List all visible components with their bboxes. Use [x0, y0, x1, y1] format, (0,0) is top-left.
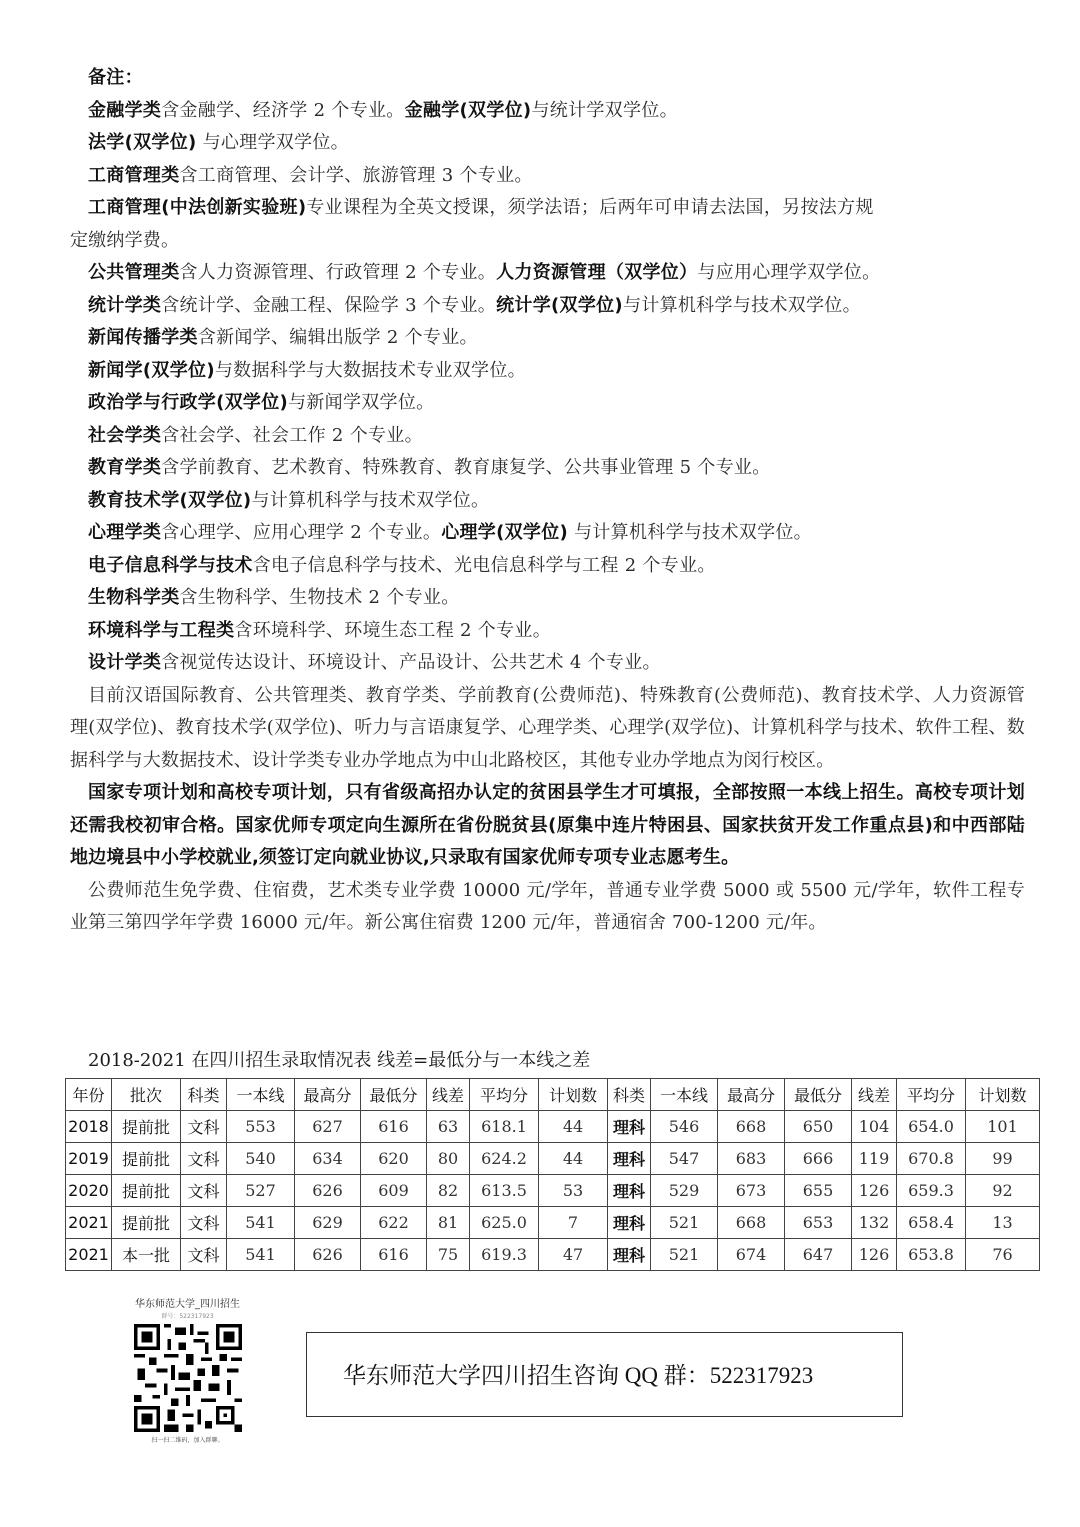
column-header: 科类	[608, 1079, 651, 1111]
column-header: 科类	[181, 1079, 227, 1111]
table-cell: 126	[852, 1175, 897, 1207]
table-cell: 674	[718, 1239, 785, 1271]
note-text: 含学前教育、艺术教育、特殊教育、教育康复学、公共事业管理 5 个专业。	[161, 457, 770, 478]
table-cell: 92	[966, 1175, 1040, 1207]
note-text: 与应用心理学双学位。	[697, 262, 880, 283]
table-cell: 2021	[66, 1239, 112, 1271]
note-text: 与新闻学双学位。	[288, 392, 434, 413]
note-text: 与心理学双学位。	[197, 132, 349, 153]
column-header: 计划数	[966, 1079, 1040, 1111]
campus-paragraph: 目前汉语国际教育、公共管理类、教育学类、学前教育(公费师范)、特殊教育(公费师范…	[70, 680, 1025, 778]
note-text: 含生物科学、生物技术 2 个专业。	[180, 587, 460, 608]
note-line: 金融学类含金融学、经济学 2 个专业。金融学(双学位)与统计学双学位。	[70, 95, 1025, 128]
note-bold-term: 社会学类	[88, 425, 161, 446]
column-header: 计划数	[539, 1079, 608, 1111]
table-cell: 76	[966, 1239, 1040, 1271]
table-cell: 625.0	[470, 1207, 539, 1239]
table-cell: 53	[539, 1175, 608, 1207]
table-cell: 2019	[66, 1143, 112, 1175]
qr-group-id: 群号：522317923	[110, 1311, 265, 1320]
table-cell: 616	[361, 1239, 427, 1271]
table-cell: 653.8	[897, 1239, 966, 1271]
table-cell: 618.1	[470, 1111, 539, 1143]
table-cell: 527	[227, 1175, 295, 1207]
qq-group-text: 华东师范大学四川招生咨询 QQ 群：522317923	[343, 1357, 813, 1390]
note-line: 环境科学与工程类含环境科学、环境生态工程 2 个专业。	[70, 615, 1025, 648]
table-cell: 2020	[66, 1175, 112, 1207]
column-header: 年份	[66, 1079, 112, 1111]
qr-code-icon[interactable]	[134, 1324, 242, 1432]
table-cell: 132	[852, 1207, 897, 1239]
note-bold-term: 新闻学(双学位)	[88, 360, 215, 381]
note-text: 与数据科学与大数据技术专业双学位。	[215, 360, 526, 381]
table-cell: 2018	[66, 1111, 112, 1143]
note-text: 含工商管理、会计学、旅游管理 3 个专业。	[180, 165, 533, 186]
special-plan-paragraph: 国家专项计划和高校专项计划，只有省级高招办认定的贫困县学生才可填报，全部按照一本…	[70, 777, 1025, 875]
table-cell: 620	[361, 1143, 427, 1175]
table-row: 2019提前批文科54063462080624.244理科54768366611…	[66, 1143, 1040, 1175]
note-line: 教育学类含学前教育、艺术教育、特殊教育、教育康复学、公共事业管理 5 个专业。	[70, 452, 1025, 485]
note-text: 含人力资源管理、行政管理 2 个专业。	[180, 262, 497, 283]
notes-heading: 备注：	[70, 62, 1025, 95]
note-line: 工商管理(中法创新实验班)专业课程为全英文授课，须学法语；后两年可申请去法国，另…	[70, 192, 1025, 225]
table-cell: 547	[651, 1143, 718, 1175]
note-line: 统计学类含统计学、金融工程、保险学 3 个专业。统计学(双学位)与计算机科学与技…	[70, 290, 1025, 323]
note-bold-term: 电子信息科学与技术	[88, 555, 253, 576]
note-line: 公共管理类含人力资源管理、行政管理 2 个专业。人力资源管理（双学位）与应用心理…	[70, 257, 1025, 290]
table-row: 2020提前批文科52762660982613.553理科52967365512…	[66, 1175, 1040, 1207]
table-cell: 文科	[181, 1207, 227, 1239]
table-cell: 654.0	[897, 1111, 966, 1143]
table-cell: 119	[852, 1143, 897, 1175]
table-cell: 82	[427, 1175, 470, 1207]
note-line: 电子信息科学与技术含电子信息科学与技术、光电信息科学与工程 2 个专业。	[70, 550, 1025, 583]
table-cell: 626	[295, 1239, 361, 1271]
table-cell: 13	[966, 1207, 1040, 1239]
note-text: 与计算机科学与技术双学位。	[568, 522, 812, 543]
table-cell: 理科	[608, 1143, 651, 1175]
note-bold-term: 法学(双学位)	[88, 132, 197, 153]
table-cell: 理科	[608, 1175, 651, 1207]
column-header: 一本线	[651, 1079, 718, 1111]
fee-paragraph: 公费师范生免学费、住宿费，艺术类专业学费 10000 元/学年，普通专业学费 5…	[70, 875, 1025, 940]
table-cell: 529	[651, 1175, 718, 1207]
qq-group-box: 华东师范大学四川招生咨询 QQ 群：522317923	[306, 1332, 903, 1417]
table-cell: 541	[227, 1239, 295, 1271]
note-text: 专业课程为全英文授课，须学法语；后两年可申请去法国，另按法方规	[306, 197, 873, 218]
note-line: 生物科学类含生物科学、生物技术 2 个专业。	[70, 582, 1025, 615]
column-header: 批次	[112, 1079, 181, 1111]
column-header: 最低分	[785, 1079, 852, 1111]
table-cell: 668	[718, 1207, 785, 1239]
table-cell: 提前批	[112, 1175, 181, 1207]
table-cell: 文科	[181, 1239, 227, 1271]
note-line: 设计学类含视觉传达设计、环境设计、产品设计、公共艺术 4 个专业。	[70, 647, 1025, 680]
table-cell: 75	[427, 1239, 470, 1271]
note-bold-term: 环境科学与工程类	[88, 620, 234, 641]
table-cell: 624.2	[470, 1143, 539, 1175]
table-title: 2018-2021 在四川招生录取情况表 线差=最低分与一本线之差	[88, 1046, 590, 1072]
table-cell: 47	[539, 1239, 608, 1271]
table-cell: 本一批	[112, 1239, 181, 1271]
table-cell: 613.5	[470, 1175, 539, 1207]
table-cell: 619.3	[470, 1239, 539, 1271]
note-text: 含金融学、经济学 2 个专业。	[161, 100, 404, 121]
table-cell: 104	[852, 1111, 897, 1143]
column-header: 最高分	[718, 1079, 785, 1111]
table-cell: 655	[785, 1175, 852, 1207]
note-bold-term: 教育技术学(双学位)	[88, 490, 251, 511]
table-cell: 提前批	[112, 1143, 181, 1175]
note-bold-term: 公共管理类	[88, 262, 180, 283]
table-cell: 668	[718, 1111, 785, 1143]
table-row: 2018提前批文科55362761663618.144理科54666865010…	[66, 1111, 1040, 1143]
note-bold-term: 工商管理类	[88, 165, 180, 186]
table-cell: 673	[718, 1175, 785, 1207]
note-bold-term: 心理学(双学位)	[441, 522, 568, 543]
table-cell: 提前批	[112, 1207, 181, 1239]
table-cell: 553	[227, 1111, 295, 1143]
note-text: 含社会学、社会工作 2 个专业。	[161, 425, 423, 446]
table-cell: 99	[966, 1143, 1040, 1175]
table-cell: 理科	[608, 1111, 651, 1143]
note-bold-term: 金融学(双学位)	[405, 100, 532, 121]
table-cell: 7	[539, 1207, 608, 1239]
note-text: 含环境科学、环境生态工程 2 个专业。	[234, 620, 551, 641]
table-cell: 683	[718, 1143, 785, 1175]
column-header: 最低分	[361, 1079, 427, 1111]
note-bold-term: 教育学类	[88, 457, 161, 478]
note-line: 新闻传播学类含新闻学、编辑出版学 2 个专业。	[70, 322, 1025, 355]
table-cell: 670.8	[897, 1143, 966, 1175]
table-cell: 文科	[181, 1143, 227, 1175]
note-text: 含新闻学、编辑出版学 2 个专业。	[198, 327, 478, 348]
note-bold-term: 新闻传播学类	[88, 327, 198, 348]
qr-block: 华东师范大学_四川招生 群号：522317923 扫一扫二维码，加入群聊。	[110, 1295, 265, 1444]
note-bold-term: 统计学类	[88, 295, 161, 316]
note-line: 法学(双学位) 与心理学双学位。	[70, 127, 1025, 160]
table-cell: 658.4	[897, 1207, 966, 1239]
table-cell: 540	[227, 1143, 295, 1175]
column-header: 平均分	[470, 1079, 539, 1111]
table-cell: 546	[651, 1111, 718, 1143]
admission-table: 年份批次科类一本线最高分最低分线差平均分计划数科类一本线最高分最低分线差平均分计…	[65, 1078, 1040, 1271]
note-text: 含心理学、应用心理学 2 个专业。	[161, 522, 441, 543]
column-header: 平均分	[897, 1079, 966, 1111]
note-line: 教育技术学(双学位)与计算机科学与技术双学位。	[70, 485, 1025, 518]
note-bold-term: 统计学(双学位)	[496, 295, 623, 316]
table-cell: 622	[361, 1207, 427, 1239]
table-cell: 44	[539, 1111, 608, 1143]
note-text: 含统计学、金融工程、保险学 3 个专业。	[161, 295, 496, 316]
table-cell: 提前批	[112, 1111, 181, 1143]
table-cell: 627	[295, 1111, 361, 1143]
table-cell: 609	[361, 1175, 427, 1207]
note-bold-term: 心理学类	[88, 522, 161, 543]
table-cell: 629	[295, 1207, 361, 1239]
note-text: 与计算机科学与技术双学位。	[623, 295, 861, 316]
note-text: 与统计学双学位。	[531, 100, 677, 121]
column-header: 线差	[427, 1079, 470, 1111]
table-cell: 616	[361, 1111, 427, 1143]
qr-hint: 扫一扫二维码，加入群聊。	[110, 1435, 265, 1444]
table-cell: 521	[651, 1239, 718, 1271]
note-bold-term: 生物科学类	[88, 587, 180, 608]
note-line: 新闻学(双学位)与数据科学与大数据技术专业双学位。	[70, 355, 1025, 388]
note-bold-term: 工商管理(中法创新实验班)	[88, 197, 306, 218]
table-cell: 文科	[181, 1175, 227, 1207]
table-cell: 626	[295, 1175, 361, 1207]
table-cell: 634	[295, 1143, 361, 1175]
table-cell: 650	[785, 1111, 852, 1143]
table-cell: 44	[539, 1143, 608, 1175]
table-cell: 521	[651, 1207, 718, 1239]
table-cell: 81	[427, 1207, 470, 1239]
table-cell: 理科	[608, 1207, 651, 1239]
qr-title: 华东师范大学_四川招生	[110, 1295, 265, 1310]
table-cell: 文科	[181, 1111, 227, 1143]
note-line: 社会学类含社会学、社会工作 2 个专业。	[70, 420, 1025, 453]
note-line: 工商管理类含工商管理、会计学、旅游管理 3 个专业。	[70, 160, 1025, 193]
table-row: 2021本一批文科54162661675619.347理科52167464712…	[66, 1239, 1040, 1271]
table-cell: 653	[785, 1207, 852, 1239]
note-bold-term: 金融学类	[88, 100, 161, 121]
note-text: 与计算机科学与技术双学位。	[251, 490, 489, 511]
note-line: 政治学与行政学(双学位)与新闻学双学位。	[70, 387, 1025, 420]
table-cell: 2021	[66, 1207, 112, 1239]
table-cell: 666	[785, 1143, 852, 1175]
table-cell: 101	[966, 1111, 1040, 1143]
note-line: 心理学类含心理学、应用心理学 2 个专业。心理学(双学位) 与计算机科学与技术双…	[70, 517, 1025, 550]
column-header: 最高分	[295, 1079, 361, 1111]
note-text: 含电子信息科学与技术、光电信息科学与工程 2 个专业。	[253, 555, 716, 576]
table-cell: 126	[852, 1239, 897, 1271]
column-header: 一本线	[227, 1079, 295, 1111]
table-cell: 63	[427, 1111, 470, 1143]
notes-continuation: 定缴纳学费。	[70, 225, 1025, 258]
note-text: 含视觉传达设计、环境设计、产品设计、公共艺术 4 个专业。	[161, 652, 661, 673]
table-cell: 647	[785, 1239, 852, 1271]
notes-section: 备注： 金融学类含金融学、经济学 2 个专业。金融学(双学位)与统计学双学位。法…	[70, 62, 1025, 940]
note-bold-term: 设计学类	[88, 652, 161, 673]
table-cell: 659.3	[897, 1175, 966, 1207]
column-header: 线差	[852, 1079, 897, 1111]
table-cell: 541	[227, 1207, 295, 1239]
table-header-row: 年份批次科类一本线最高分最低分线差平均分计划数科类一本线最高分最低分线差平均分计…	[66, 1079, 1040, 1111]
table-row: 2021提前批文科54162962281625.07理科521668653132…	[66, 1207, 1040, 1239]
note-bold-term: 政治学与行政学(双学位)	[88, 392, 288, 413]
table-cell: 理科	[608, 1239, 651, 1271]
note-bold-term: 人力资源管理（双学位）	[496, 262, 697, 283]
table-cell: 80	[427, 1143, 470, 1175]
